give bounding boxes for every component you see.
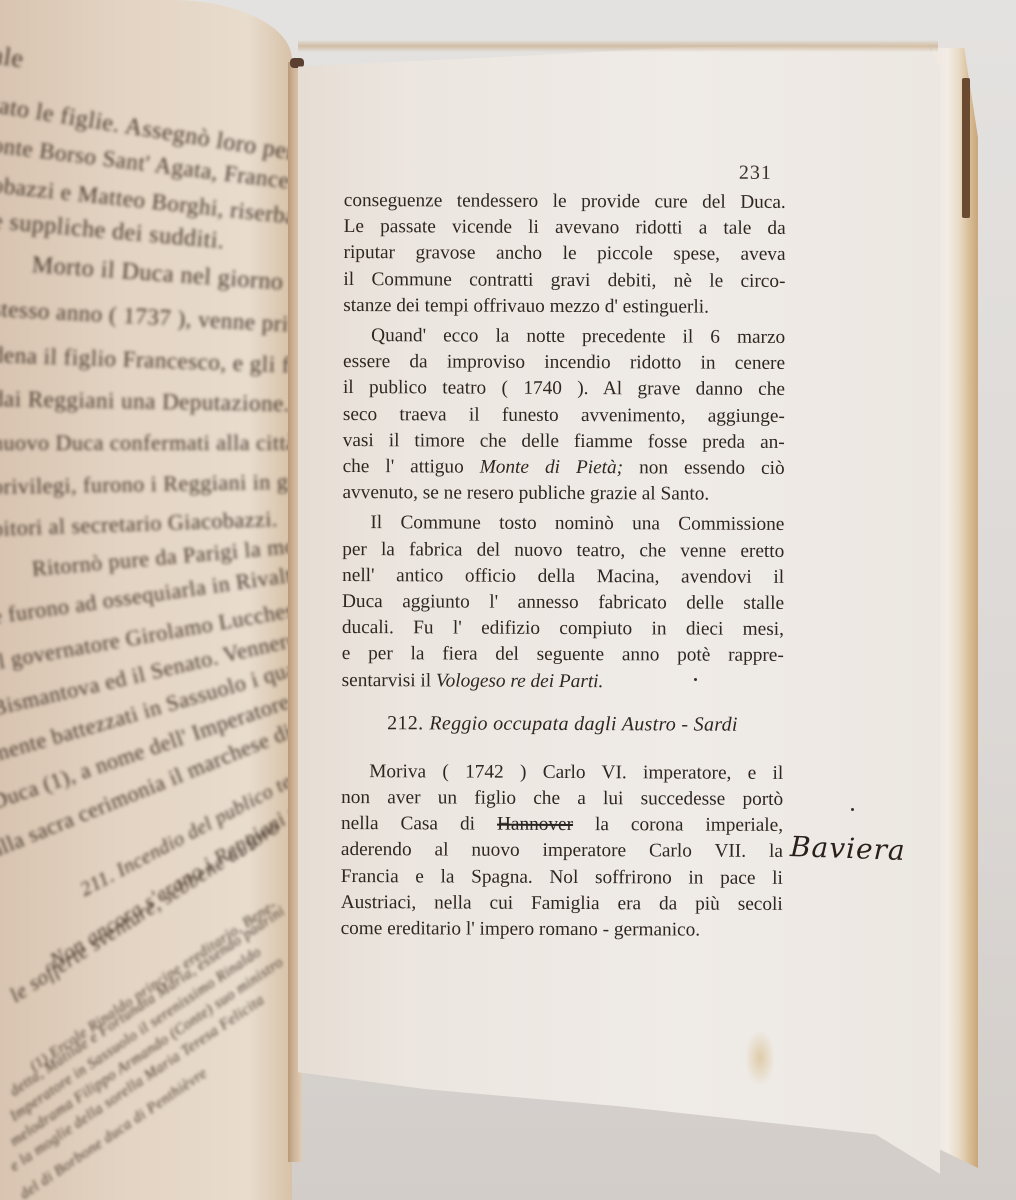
left-line: ale [0,40,26,74]
left-line: dena il figlio Francesco, e gli fu tosto… [0,342,292,384]
section-title: Reggio occupata dagli Austro - Sardi [429,712,737,735]
italic-term-monte-di-pieta: Monte di Pietà; [480,457,623,479]
text-line: Quand' ecco la notte precedente il 6 mar… [343,323,785,351]
handwritten-annotation: Baviera [789,830,906,867]
left-page-text: ale tato le figlie. Assegnò loro per sec… [0,0,292,1200]
text-line: vasi il timore che delle fiamme fosse pr… [343,428,785,456]
left-line: dai Reggiani una Deputazione. Dall' aver… [0,386,292,419]
text-line: come ereditario l' impero romano - germa… [341,916,783,944]
text-fragment: sentarvisi il [342,670,432,691]
left-line: stesso anno ( 1737 ), venne privatamente… [0,296,292,346]
text-line: aderendo al nuovo imperatore Carlo VII. … [341,837,783,865]
text-line: avvenuto, se ne resero publiche grazie a… [342,480,784,508]
paragraph-4: Moriva ( 1742 ) Carlo VI. imperatore, e … [341,759,784,944]
ink-dot [851,808,854,811]
text-line: nella Casa di Hannover la corona imperia… [341,811,783,839]
paragraph-3: Il Commune tosto nominò una Commissione … [342,510,785,695]
text-line: e per la fiera del seguente anno potè ra… [342,641,784,669]
text-line: seco traeva il funesto avvenimento, aggi… [343,402,785,430]
text-line: riputar gravose ancho le piccole spese, … [343,240,785,268]
text-line: essere da improviso incendio ridotto in … [343,349,785,377]
text-line: Duca aggiunto l' annesso fabricato delle… [342,589,784,617]
struck-word: Hannover [497,814,573,835]
paragraph-1: conseguenze tendessero le provide cure d… [343,188,786,321]
right-page-text: 231 conseguenze tendessero le provide cu… [341,150,786,944]
text-fragment: non essendo ciò [639,457,785,479]
text-line: conseguenze tendessero le provide cure d… [344,188,786,216]
text-line: il Commune contratti gravi debiti, nè le… [343,267,785,295]
text-line: nell' antico officio della Macina, avend… [342,563,784,591]
text-line: Il Commune tosto nominò una Commissione [342,510,784,538]
text-fragment: la corona imperiale, [595,814,783,836]
text-fragment: che l' attiguo [343,456,464,478]
text-line: sentarvisi il Vologeso re dei Parti. [342,668,784,696]
text-line: stanze dei tempi offrivauo mezzo d' esti… [343,293,785,321]
section-heading-212: 212.Reggio occupata dagli Austro - Sardi [341,712,783,737]
text-fragment: nella Casa di [341,813,475,835]
left-line: privilegi, furono i Reggiani in gran par… [0,467,292,500]
left-line: nuovo Duca confermati alla città i suoi … [0,430,292,456]
text-line: ducali. Fu l' edifizio compiuto in dieci… [342,615,784,643]
left-page: ale tato le figlie. Assegnò loro per sec… [0,0,292,1200]
page-top-edge [298,40,938,52]
page-number: 231 [739,162,772,185]
text-line: il publico teatro ( 1740 ). Al grave dan… [343,375,785,403]
text-line: Le passate vicende li avevano ridotti a … [344,214,786,242]
text-line: che l' attiguo Monte di Pietà; non essen… [343,454,785,482]
text-line: Francia e la Spagna. Nol soffrirono in p… [341,864,783,892]
ink-dot [694,678,697,681]
text-line: Moriva ( 1742 ) Carlo VI. imperatore, e … [341,759,783,787]
paragraph-2: Quand' ecco la notte precedente il 6 mar… [342,323,785,508]
text-line: Austriaci, nella cui Famiglia era da più… [341,890,783,918]
text-line: non aver un figlio che a lui succedesse … [341,785,783,813]
text-line: per la fabrica del nuovo teatro, che ven… [342,537,784,565]
section-number: 212. [387,712,423,734]
italic-title-vologeso: Vologeso re dei Parti. [436,670,604,692]
paper-stain [745,1030,775,1086]
book-cover-edge [962,78,970,218]
left-line: bitori al secretario Giacobazzi. [0,506,278,542]
